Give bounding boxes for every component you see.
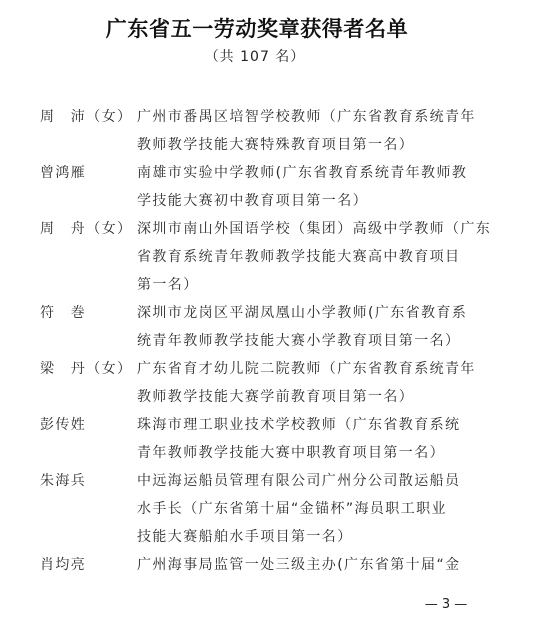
awardee-name: 符 巻 [40, 299, 137, 327]
description-line: 统青年教师教学技能大赛小学教育项目第一名） [137, 327, 500, 355]
document-title: 广东省五一劳动奖章获得者名单 [104, 14, 410, 44]
page-number: — 3 — [416, 595, 476, 615]
description-line: 深圳市南山外国语学校（集团）高级中学教师（广东 [137, 215, 500, 243]
awardee-name: 周 舟（女） [40, 215, 137, 243]
awardee-description: 深圳市南山外国语学校（集团）高级中学教师（广东 省教育系统青年教师教学技能大赛高… [137, 215, 500, 299]
awardee-entry: 曾鸿雁 南雄市实验中学教师(广东省教育系统青年教师教 学技能大赛初中教育项目第一… [40, 159, 500, 215]
awardee-description: 中远海运船员管理有限公司广州分公司散运船员 水手长（广东省第十届“金锚杯”海员职… [137, 467, 500, 551]
awardee-name: 肖均亮 [40, 551, 137, 579]
description-line: 深圳市龙岗区平湖凤凰山小学教师(广东省教育系 [137, 299, 500, 327]
awardee-name: 梁 丹（女） [40, 355, 137, 383]
awardee-description: 深圳市龙岗区平湖凤凰山小学教师(广东省教育系 统青年教师教学技能大赛小学教育项目… [137, 299, 500, 355]
awardee-description: 珠海市理工职业技术学校教师（广东省教育系统 青年教师教学技能大赛中职教育项目第一… [137, 411, 500, 467]
description-line: 水手长（广东省第十届“金锚杯”海员职工职业 [137, 495, 500, 523]
description-line: 教师教学技能大赛学前教育项目第一名） [137, 383, 500, 411]
awardee-entry: 朱海兵 中远海运船员管理有限公司广州分公司散运船员 水手长（广东省第十届“金锚杯… [40, 467, 500, 551]
awardee-description: 广州市番禺区培智学校教师（广东省教育系统青年 教师教学技能大赛特殊教育项目第一名… [137, 103, 500, 159]
awardee-name: 彭传姓 [40, 411, 137, 439]
awardee-entry: 周 沛（女） 广州市番禺区培智学校教师（广东省教育系统青年 教师教学技能大赛特殊… [40, 103, 500, 159]
awardee-name: 曾鸿雁 [40, 159, 137, 187]
description-line: 广东省育才幼儿院二院教师（广东省教育系统青年 [137, 355, 500, 383]
description-line: 青年教师教学技能大赛中职教育项目第一名） [137, 439, 500, 467]
awardee-name: 朱海兵 [40, 467, 137, 495]
awardee-list: 周 沛（女） 广州市番禺区培智学校教师（广东省教育系统青年 教师教学技能大赛特殊… [40, 103, 500, 579]
awardee-entry: 彭传姓 珠海市理工职业技术学校教师（广东省教育系统 青年教师教学技能大赛中职教育… [40, 411, 500, 467]
description-line: 珠海市理工职业技术学校教师（广东省教育系统 [137, 411, 500, 439]
description-line: 技能大赛船舶水手项目第一名） [137, 523, 500, 551]
description-line: 教师教学技能大赛特殊教育项目第一名） [137, 131, 500, 159]
description-line: 广州海事局监管一处三级主办(广东省第十届“金 [137, 551, 500, 579]
description-line: 省教育系统青年教师教学技能大赛高中教育项目 [137, 243, 500, 271]
description-line: 学技能大赛初中教育项目第一名） [137, 187, 500, 215]
awardee-entry: 符 巻 深圳市龙岗区平湖凤凰山小学教师(广东省教育系 统青年教师教学技能大赛小学… [40, 299, 500, 355]
description-line: 南雄市实验中学教师(广东省教育系统青年教师教 [137, 159, 500, 187]
document-subtitle-count: （共 107 名） [195, 47, 315, 67]
awardee-description: 广州海事局监管一处三级主办(广东省第十届“金 [137, 551, 500, 579]
description-line: 中远海运船员管理有限公司广州分公司散运船员 [137, 467, 500, 495]
awardee-name: 周 沛（女） [40, 103, 137, 131]
awardee-entry: 梁 丹（女） 广东省育才幼儿院二院教师（广东省教育系统青年 教师教学技能大赛学前… [40, 355, 500, 411]
awardee-description: 南雄市实验中学教师(广东省教育系统青年教师教 学技能大赛初中教育项目第一名） [137, 159, 500, 215]
awardee-description: 广东省育才幼儿院二院教师（广东省教育系统青年 教师教学技能大赛学前教育项目第一名… [137, 355, 500, 411]
awardee-entry: 周 舟（女） 深圳市南山外国语学校（集团）高级中学教师（广东 省教育系统青年教师… [40, 215, 500, 299]
description-line: 第一名） [137, 271, 500, 299]
description-line: 广州市番禺区培智学校教师（广东省教育系统青年 [137, 103, 500, 131]
awardee-entry: 肖均亮 广州海事局监管一处三级主办(广东省第十届“金 [40, 551, 500, 579]
